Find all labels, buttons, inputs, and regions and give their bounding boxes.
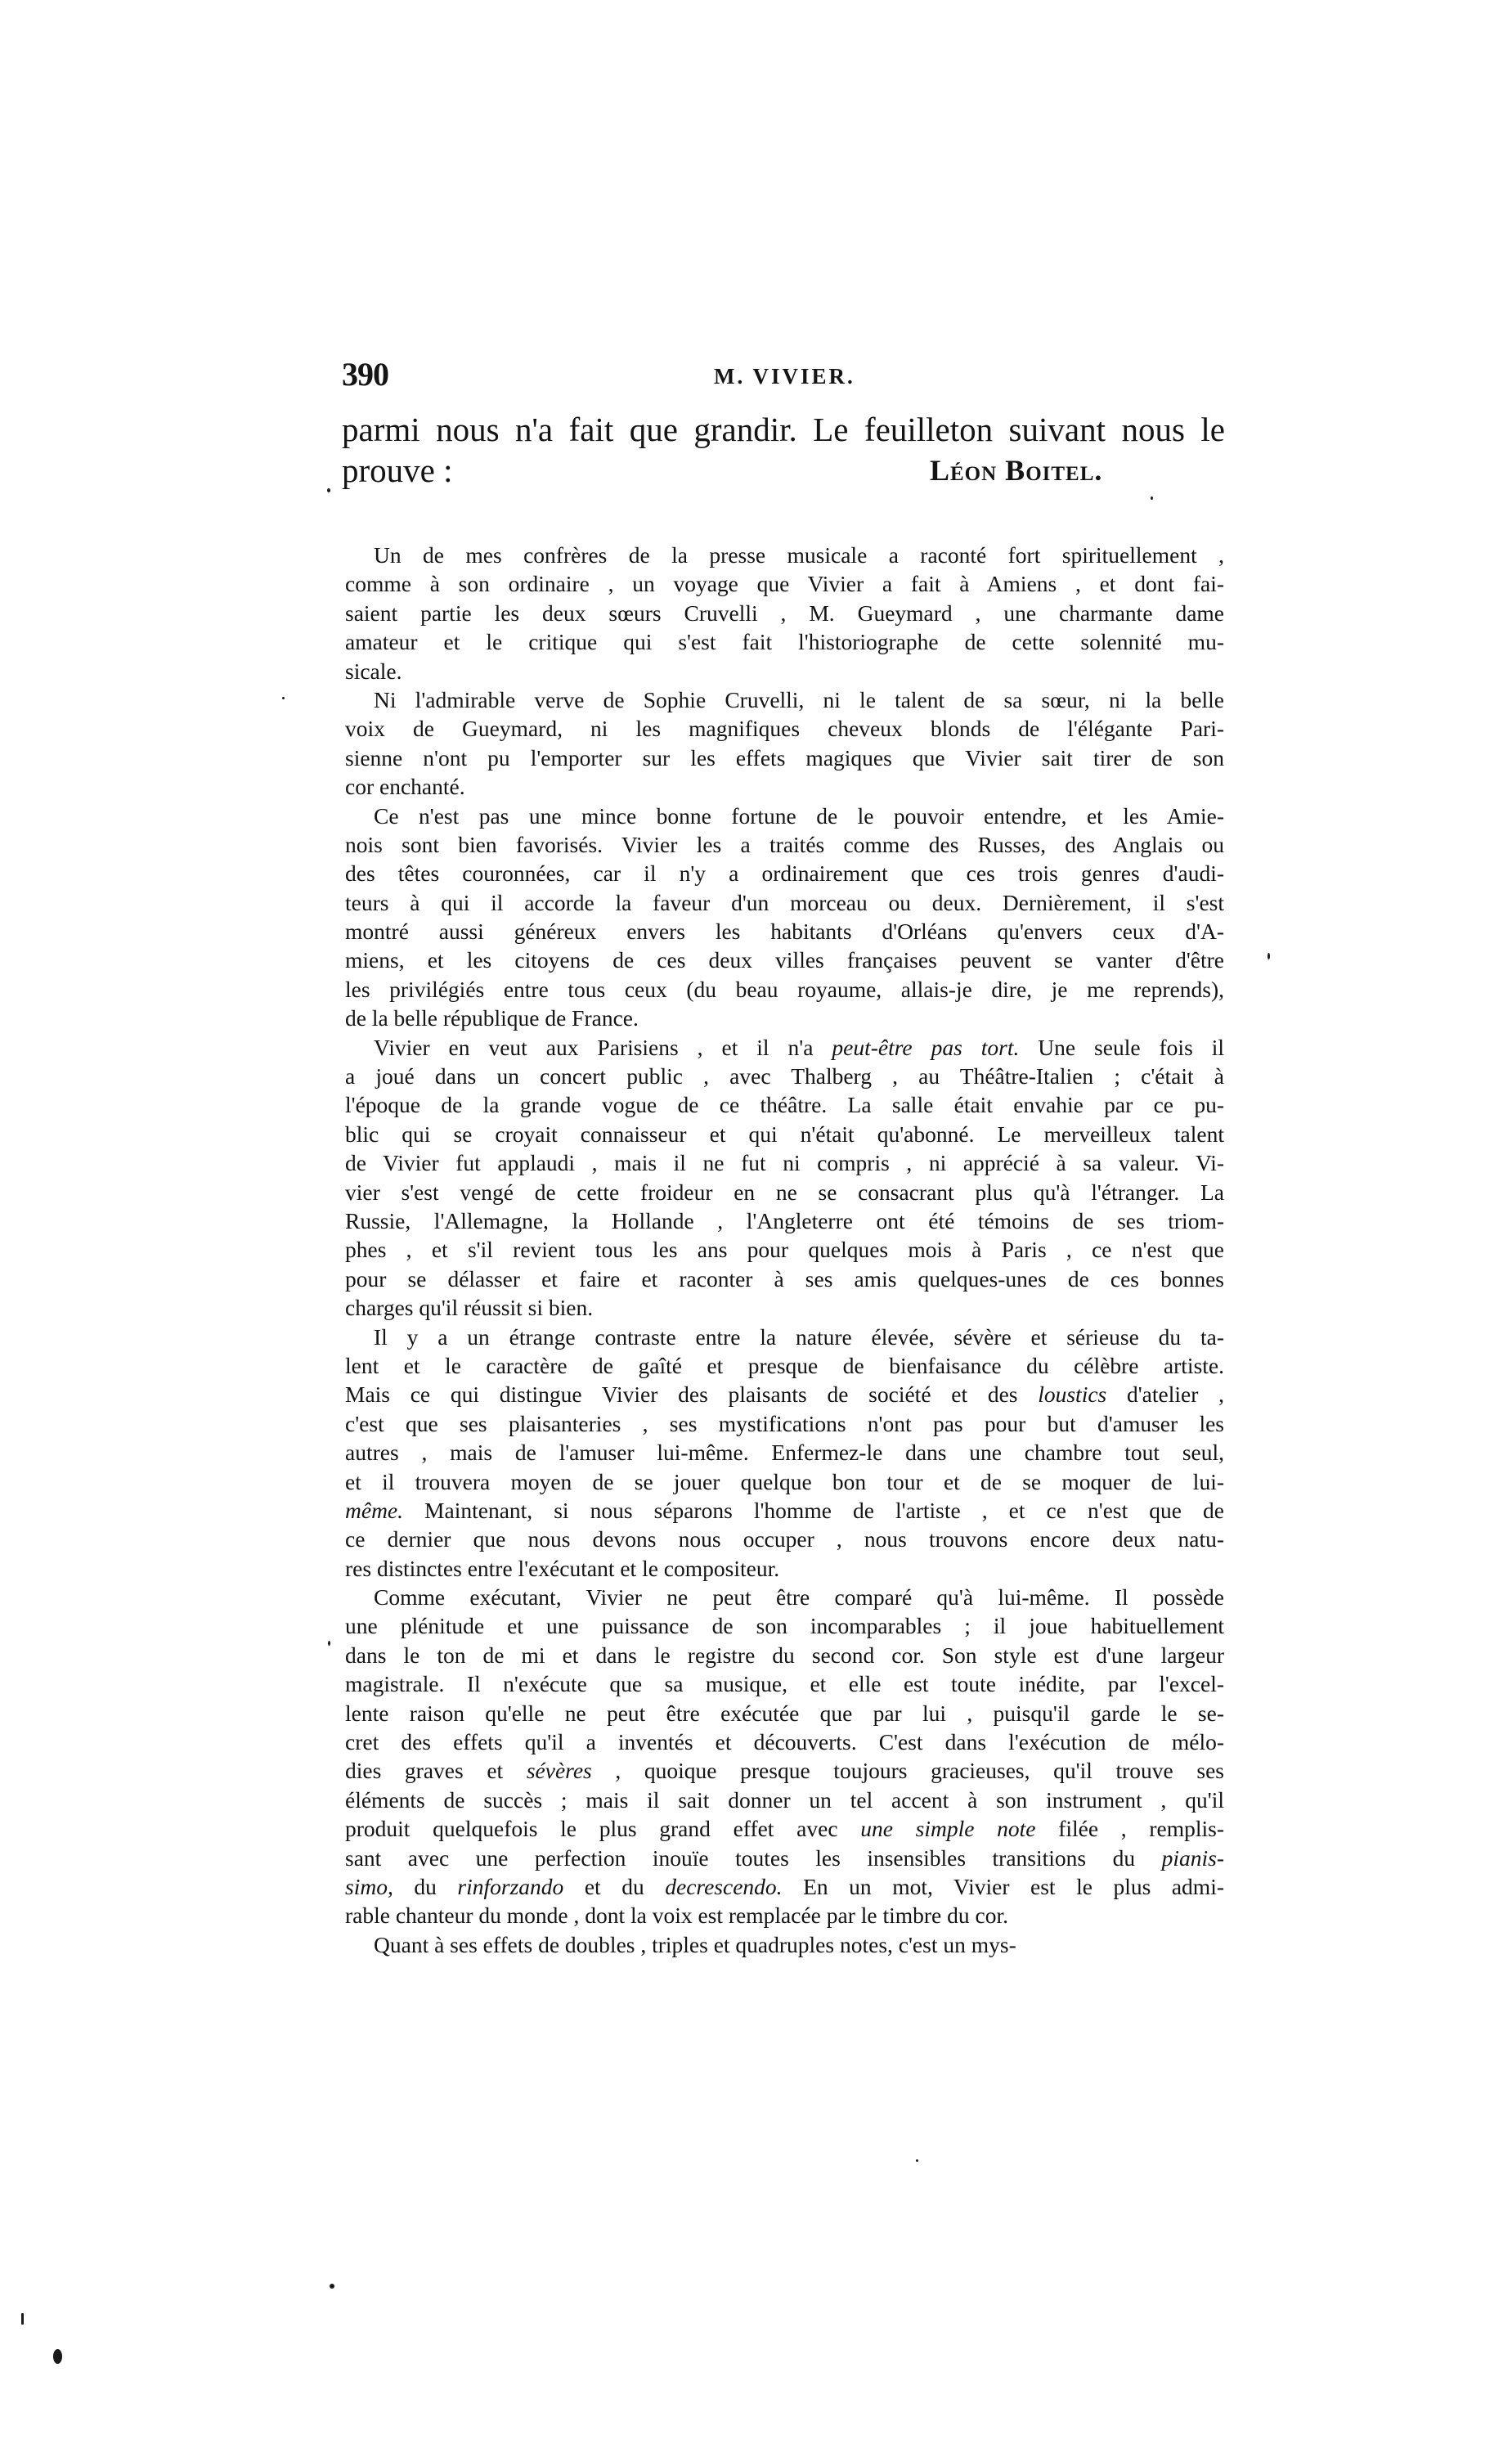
lead-line: parmi nous n'a fait que grandir. Le feui…: [342, 409, 1225, 450]
paragraph: Ce n'est pas une mince bonne fortune de …: [345, 802, 1224, 1033]
text-line: sienne n'ont pu l'emporter sur les effet…: [345, 744, 1224, 772]
text-segment: charges qu'il réussit si bien.: [345, 1295, 593, 1320]
text-segment: l'époque de la grande vogue de ce théâtr…: [345, 1092, 1224, 1117]
text-segment: produit quelquefois le plus grand effet …: [345, 1816, 860, 1841]
text-segment: phes , et s'il revient tous les ans pour…: [345, 1237, 1224, 1262]
text-segment: dans le ton de mi et dans le registre du…: [345, 1642, 1224, 1668]
text-segment: dies graves et: [345, 1758, 527, 1783]
running-head-title: M. VIVIER.: [714, 360, 855, 393]
text-line: Vivier en veut aux Parisiens , et il n'a…: [345, 1033, 1224, 1062]
text-line: c'est que ses plaisanteries , ses mystif…: [345, 1409, 1224, 1438]
text-line: Mais ce qui distingue Vivier des plaisan…: [345, 1380, 1224, 1408]
text-segment: d'atelier ,: [1106, 1382, 1224, 1407]
text-segment: vier s'est vengé de cette froideur en ne…: [345, 1179, 1224, 1205]
text-line: amateur et le critique qui s'est fait l'…: [345, 627, 1224, 656]
text-segment: saient partie les deux sœurs Cruvelli , …: [345, 600, 1224, 626]
text-segment: Quant à ses effets de doubles , triples …: [374, 1932, 1016, 1957]
text-segment: et il trouvera moyen de se jouer quelque…: [345, 1469, 1224, 1494]
text-segment: Il y a un étrange contraste entre la nat…: [374, 1324, 1224, 1350]
text-line: magistrale. Il n'exécute que sa musique,…: [345, 1669, 1224, 1698]
text-line: et il trouvera moyen de se jouer quelque…: [345, 1467, 1224, 1496]
text-line: Il y a un étrange contraste entre la nat…: [345, 1323, 1224, 1351]
italic-text: pianis-: [1162, 1845, 1224, 1871]
italic-text: même.: [345, 1498, 403, 1523]
text-segment: éléments de succès ; mais il sait donner…: [345, 1787, 1224, 1813]
feuilleton-body: Un de mes confrères de la presse musical…: [345, 541, 1224, 1959]
text-segment: cret des effets qu'il a inventés et déco…: [345, 1729, 1224, 1754]
text-line: les privilégiés entre tous ceux (du beau…: [345, 975, 1224, 1004]
text-segment: Comme exécutant, Vivier ne peut être com…: [374, 1584, 1224, 1610]
text-segment: de la belle république de France.: [345, 1005, 639, 1031]
text-segment: Maintenant, si nous séparons l'homme de …: [403, 1498, 1224, 1523]
italic-text: loustics: [1038, 1382, 1106, 1407]
text-line: de la belle république de France.: [345, 1004, 1224, 1032]
ink-speck: [282, 697, 285, 699]
text-line: cor enchanté.: [345, 772, 1224, 801]
text-line: dans le ton de mi et dans le registre du…: [345, 1641, 1224, 1669]
text-line: blic qui se croyait connaisseur et qui n…: [345, 1120, 1224, 1148]
paragraph: Quant à ses effets de doubles , triples …: [345, 1930, 1224, 1959]
text-line: produit quelquefois le plus grand effet …: [345, 1814, 1224, 1843]
text-line: simo, du rinforzando et du decrescendo. …: [345, 1872, 1224, 1901]
text-segment: En un mot, Vivier est le plus admi-: [783, 1874, 1224, 1899]
text-segment: montré aussi généreux envers les habitan…: [345, 919, 1224, 944]
text-line: cret des effets qu'il a inventés et déco…: [345, 1727, 1224, 1756]
ink-speck: [330, 2284, 334, 2289]
lead-line-last: prouve :Léon Boitel.: [342, 450, 1225, 491]
ink-speck: [1267, 953, 1270, 959]
ink-speck: [328, 1641, 330, 1646]
text-line: de Vivier fut applaudi , mais il ne fut …: [345, 1148, 1224, 1177]
text-line: charges qu'il réussit si bien.: [345, 1293, 1224, 1322]
text-segment: Russie, l'Allemagne, la Hollande , l'Ang…: [345, 1208, 1224, 1233]
text-segment: a joué dans un concert public , avec Tha…: [345, 1063, 1224, 1089]
paragraph: Vivier en veut aux Parisiens , et il n'a…: [345, 1033, 1224, 1323]
text-segment: comme à son ordinaire , un voyage que Vi…: [345, 571, 1224, 596]
text-segment: c'est que ses plaisanteries , ses mystif…: [345, 1411, 1224, 1436]
text-line: sicale.: [345, 657, 1224, 685]
text-line: dies graves et sévères , quoique presque…: [345, 1756, 1224, 1785]
text-segment: cor enchanté.: [345, 774, 465, 799]
lead-line-text: prouve :: [342, 452, 453, 489]
italic-text: sévères: [527, 1758, 592, 1783]
text-line: montré aussi généreux envers les habitan…: [345, 917, 1224, 946]
text-line: éléments de succès ; mais il sait donner…: [345, 1786, 1224, 1814]
text-line: Ce n'est pas une mince bonne fortune de …: [345, 802, 1224, 830]
text-line: ce dernier que nous devons nous occuper …: [345, 1525, 1224, 1553]
text-segment: filée , remplis-: [1036, 1816, 1225, 1841]
italic-text: rinforzando: [457, 1874, 563, 1899]
ink-speck: [916, 2159, 918, 2162]
text-segment: Vivier en veut aux Parisiens , et il n'a: [374, 1035, 832, 1060]
italic-text: peut-être pas tort.: [832, 1035, 1019, 1060]
text-segment: Ce n'est pas une mince bonne fortune de …: [374, 803, 1224, 829]
text-segment: une plénitude et une puissance de son in…: [345, 1613, 1224, 1638]
text-line: Ni l'admirable verve de Sophie Cruvelli,…: [345, 685, 1224, 714]
text-segment: , quoique presque toujours gracieuses, q…: [592, 1758, 1224, 1783]
text-line: phes , et s'il revient tous les ans pour…: [345, 1235, 1224, 1264]
text-segment: res distinctes entre l'exécutant et le c…: [345, 1556, 779, 1581]
text-segment: Une seule fois il: [1019, 1035, 1224, 1060]
page-number: 390: [342, 357, 388, 393]
text-segment: miens, et les citoyens de ces deux ville…: [345, 947, 1224, 973]
text-segment: les privilégiés entre tous ceux (du beau…: [345, 977, 1224, 1002]
text-segment: des têtes couronnées, car il n'y a ordin…: [345, 860, 1224, 886]
text-line: lente raison qu'elle ne peut être exécut…: [345, 1699, 1224, 1727]
paragraph: Il y a un étrange contraste entre la nat…: [345, 1323, 1224, 1584]
text-line: Russie, l'Allemagne, la Hollande , l'Ang…: [345, 1206, 1224, 1235]
text-line: a joué dans un concert public , avec Tha…: [345, 1062, 1224, 1090]
text-segment: sant avec une perfection inouïe toutes l…: [345, 1845, 1162, 1871]
text-segment: Ni l'admirable verve de Sophie Cruvelli,…: [374, 687, 1224, 712]
text-segment: lente raison qu'elle ne peut être exécut…: [345, 1700, 1224, 1726]
text-segment: de Vivier fut applaudi , mais il ne fut …: [345, 1150, 1224, 1175]
text-line: sant avec une perfection inouïe toutes l…: [345, 1844, 1224, 1872]
italic-text: simo,: [345, 1874, 393, 1899]
text-segment: et du: [563, 1874, 665, 1899]
text-segment: blic qui se croyait connaisseur et qui n…: [345, 1121, 1224, 1147]
running-head: 390 M. VIVIER.: [342, 357, 1225, 393]
text-segment: autres , mais de l'amuser lui-même. Enfe…: [345, 1440, 1224, 1465]
text-line: même. Maintenant, si nous séparons l'hom…: [345, 1496, 1224, 1525]
lead-paragraph: parmi nous n'a fait que grandir. Le feui…: [342, 409, 1225, 491]
text-segment: sienne n'ont pu l'emporter sur les effet…: [345, 745, 1224, 770]
text-segment: rable chanteur du monde , dont la voix e…: [345, 1903, 1008, 1928]
text-line: vier s'est vengé de cette froideur en ne…: [345, 1178, 1224, 1206]
text-line: teurs à qui il accorde la faveur d'un mo…: [345, 888, 1224, 917]
text-segment: magistrale. Il n'exécute que sa musique,…: [345, 1671, 1224, 1696]
ink-speck: [1151, 496, 1153, 500]
paragraph: Ni l'admirable verve de Sophie Cruvelli,…: [345, 685, 1224, 802]
text-segment: sicale.: [345, 658, 402, 684]
text-segment: Un de mes confrères de la presse musical…: [374, 542, 1224, 568]
text-segment: amateur et le critique qui s'est fait l'…: [345, 629, 1224, 654]
text-line: nois sont bien favorisés. Vivier les a t…: [345, 830, 1224, 859]
text-segment: voix de Gueymard, ni les magnifiques che…: [345, 716, 1224, 741]
text-segment: Mais ce qui distingue Vivier des plaisan…: [345, 1382, 1038, 1407]
text-line: rable chanteur du monde , dont la voix e…: [345, 1901, 1224, 1930]
italic-text: une simple note: [860, 1816, 1035, 1841]
text-line: saient partie les deux sœurs Cruvelli , …: [345, 599, 1224, 627]
ink-speck: [327, 488, 330, 492]
signature: Léon Boitel.: [930, 450, 1102, 491]
italic-text: decrescendo.: [665, 1874, 782, 1899]
text-line: res distinctes entre l'exécutant et le c…: [345, 1554, 1224, 1583]
text-line: Quant à ses effets de doubles , triples …: [345, 1930, 1224, 1959]
text-segment: pour se délasser et faire et raconter à …: [345, 1266, 1224, 1292]
paragraph: Comme exécutant, Vivier ne peut être com…: [345, 1583, 1224, 1930]
text-line: autres , mais de l'amuser lui-même. Enfe…: [345, 1438, 1224, 1467]
text-segment: lent et le caractère de gaîté et presque…: [345, 1353, 1224, 1378]
text-line: lent et le caractère de gaîté et presque…: [345, 1351, 1224, 1380]
book-page: 390 M. VIVIER. parmi nous n'a fait que g…: [0, 0, 1512, 2462]
text-line: Comme exécutant, Vivier ne peut être com…: [345, 1583, 1224, 1611]
text-line: Un de mes confrères de la presse musical…: [345, 541, 1224, 569]
text-line: comme à son ordinaire , un voyage que Vi…: [345, 569, 1224, 598]
text-segment: teurs à qui il accorde la faveur d'un mo…: [345, 890, 1224, 915]
text-segment: du: [393, 1874, 458, 1899]
ink-speck: [21, 2313, 24, 2325]
text-line: pour se délasser et faire et raconter à …: [345, 1265, 1224, 1293]
text-segment: ce dernier que nous devons nous occuper …: [345, 1526, 1224, 1552]
text-line: l'époque de la grande vogue de ce théâtr…: [345, 1090, 1224, 1119]
ink-blot: [53, 2349, 62, 2364]
paragraph: Un de mes confrères de la presse musical…: [345, 541, 1224, 685]
text-line: des têtes couronnées, car il n'y a ordin…: [345, 859, 1224, 887]
text-segment: nois sont bien favorisés. Vivier les a t…: [345, 832, 1224, 857]
text-line: une plénitude et une puissance de son in…: [345, 1611, 1224, 1640]
text-line: voix de Gueymard, ni les magnifiques che…: [345, 714, 1224, 743]
text-line: miens, et les citoyens de ces deux ville…: [345, 946, 1224, 974]
